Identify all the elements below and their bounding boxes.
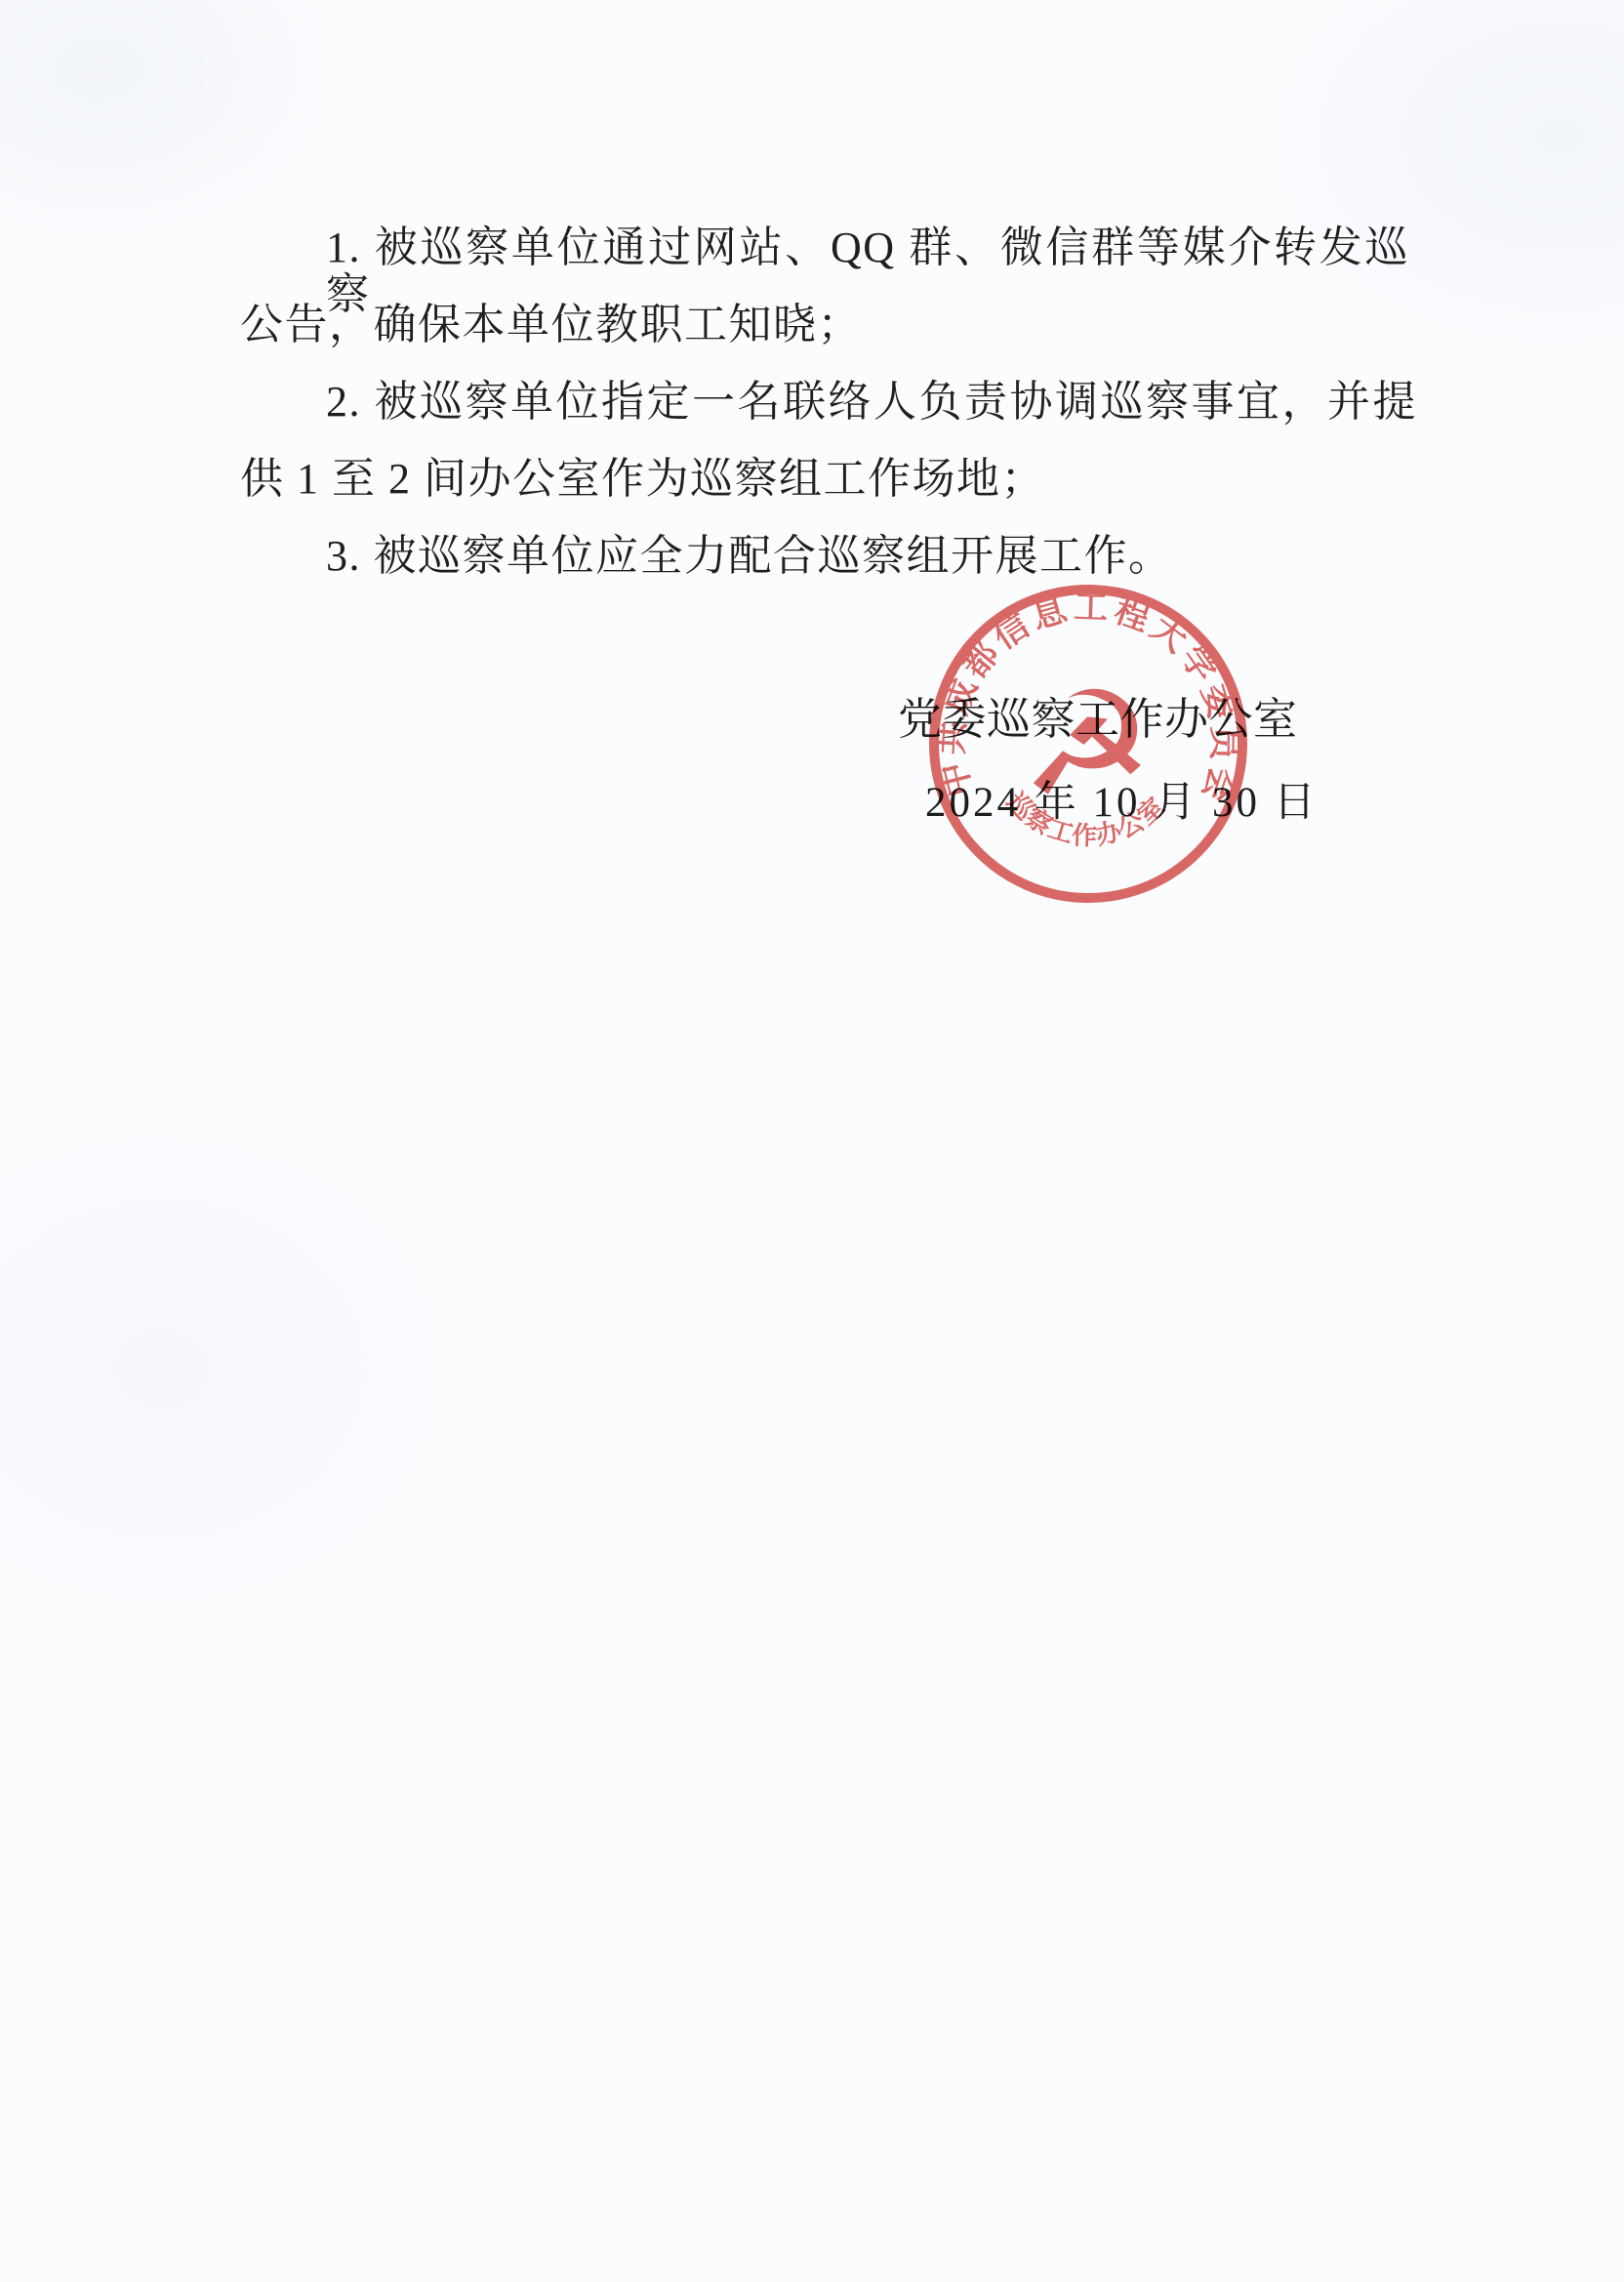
paragraph-2-line-1: 2. 被巡察单位指定一名联络人负责协调巡察事宜，并提 xyxy=(326,379,1417,426)
document-page: 1. 被巡察单位通过网站、QQ 群、微信群等媒介转发巡察 公告，确保本单位教职工… xyxy=(0,0,1624,2282)
paragraph-3-line-1: 3. 被巡察单位应全力配合巡察组开展工作。 xyxy=(326,533,1173,580)
paragraph-2-line-2: 供 1 至 2 间办公室作为巡察组工作场地； xyxy=(240,456,1045,503)
paragraph-1-line-2: 公告，确保本单位教职工知晓； xyxy=(240,302,862,348)
party-emblem-icon: ☭ xyxy=(1020,659,1157,834)
official-seal: 中共成都信息工程大学委员会 巡察工作办公室 ☭ xyxy=(914,570,1262,917)
